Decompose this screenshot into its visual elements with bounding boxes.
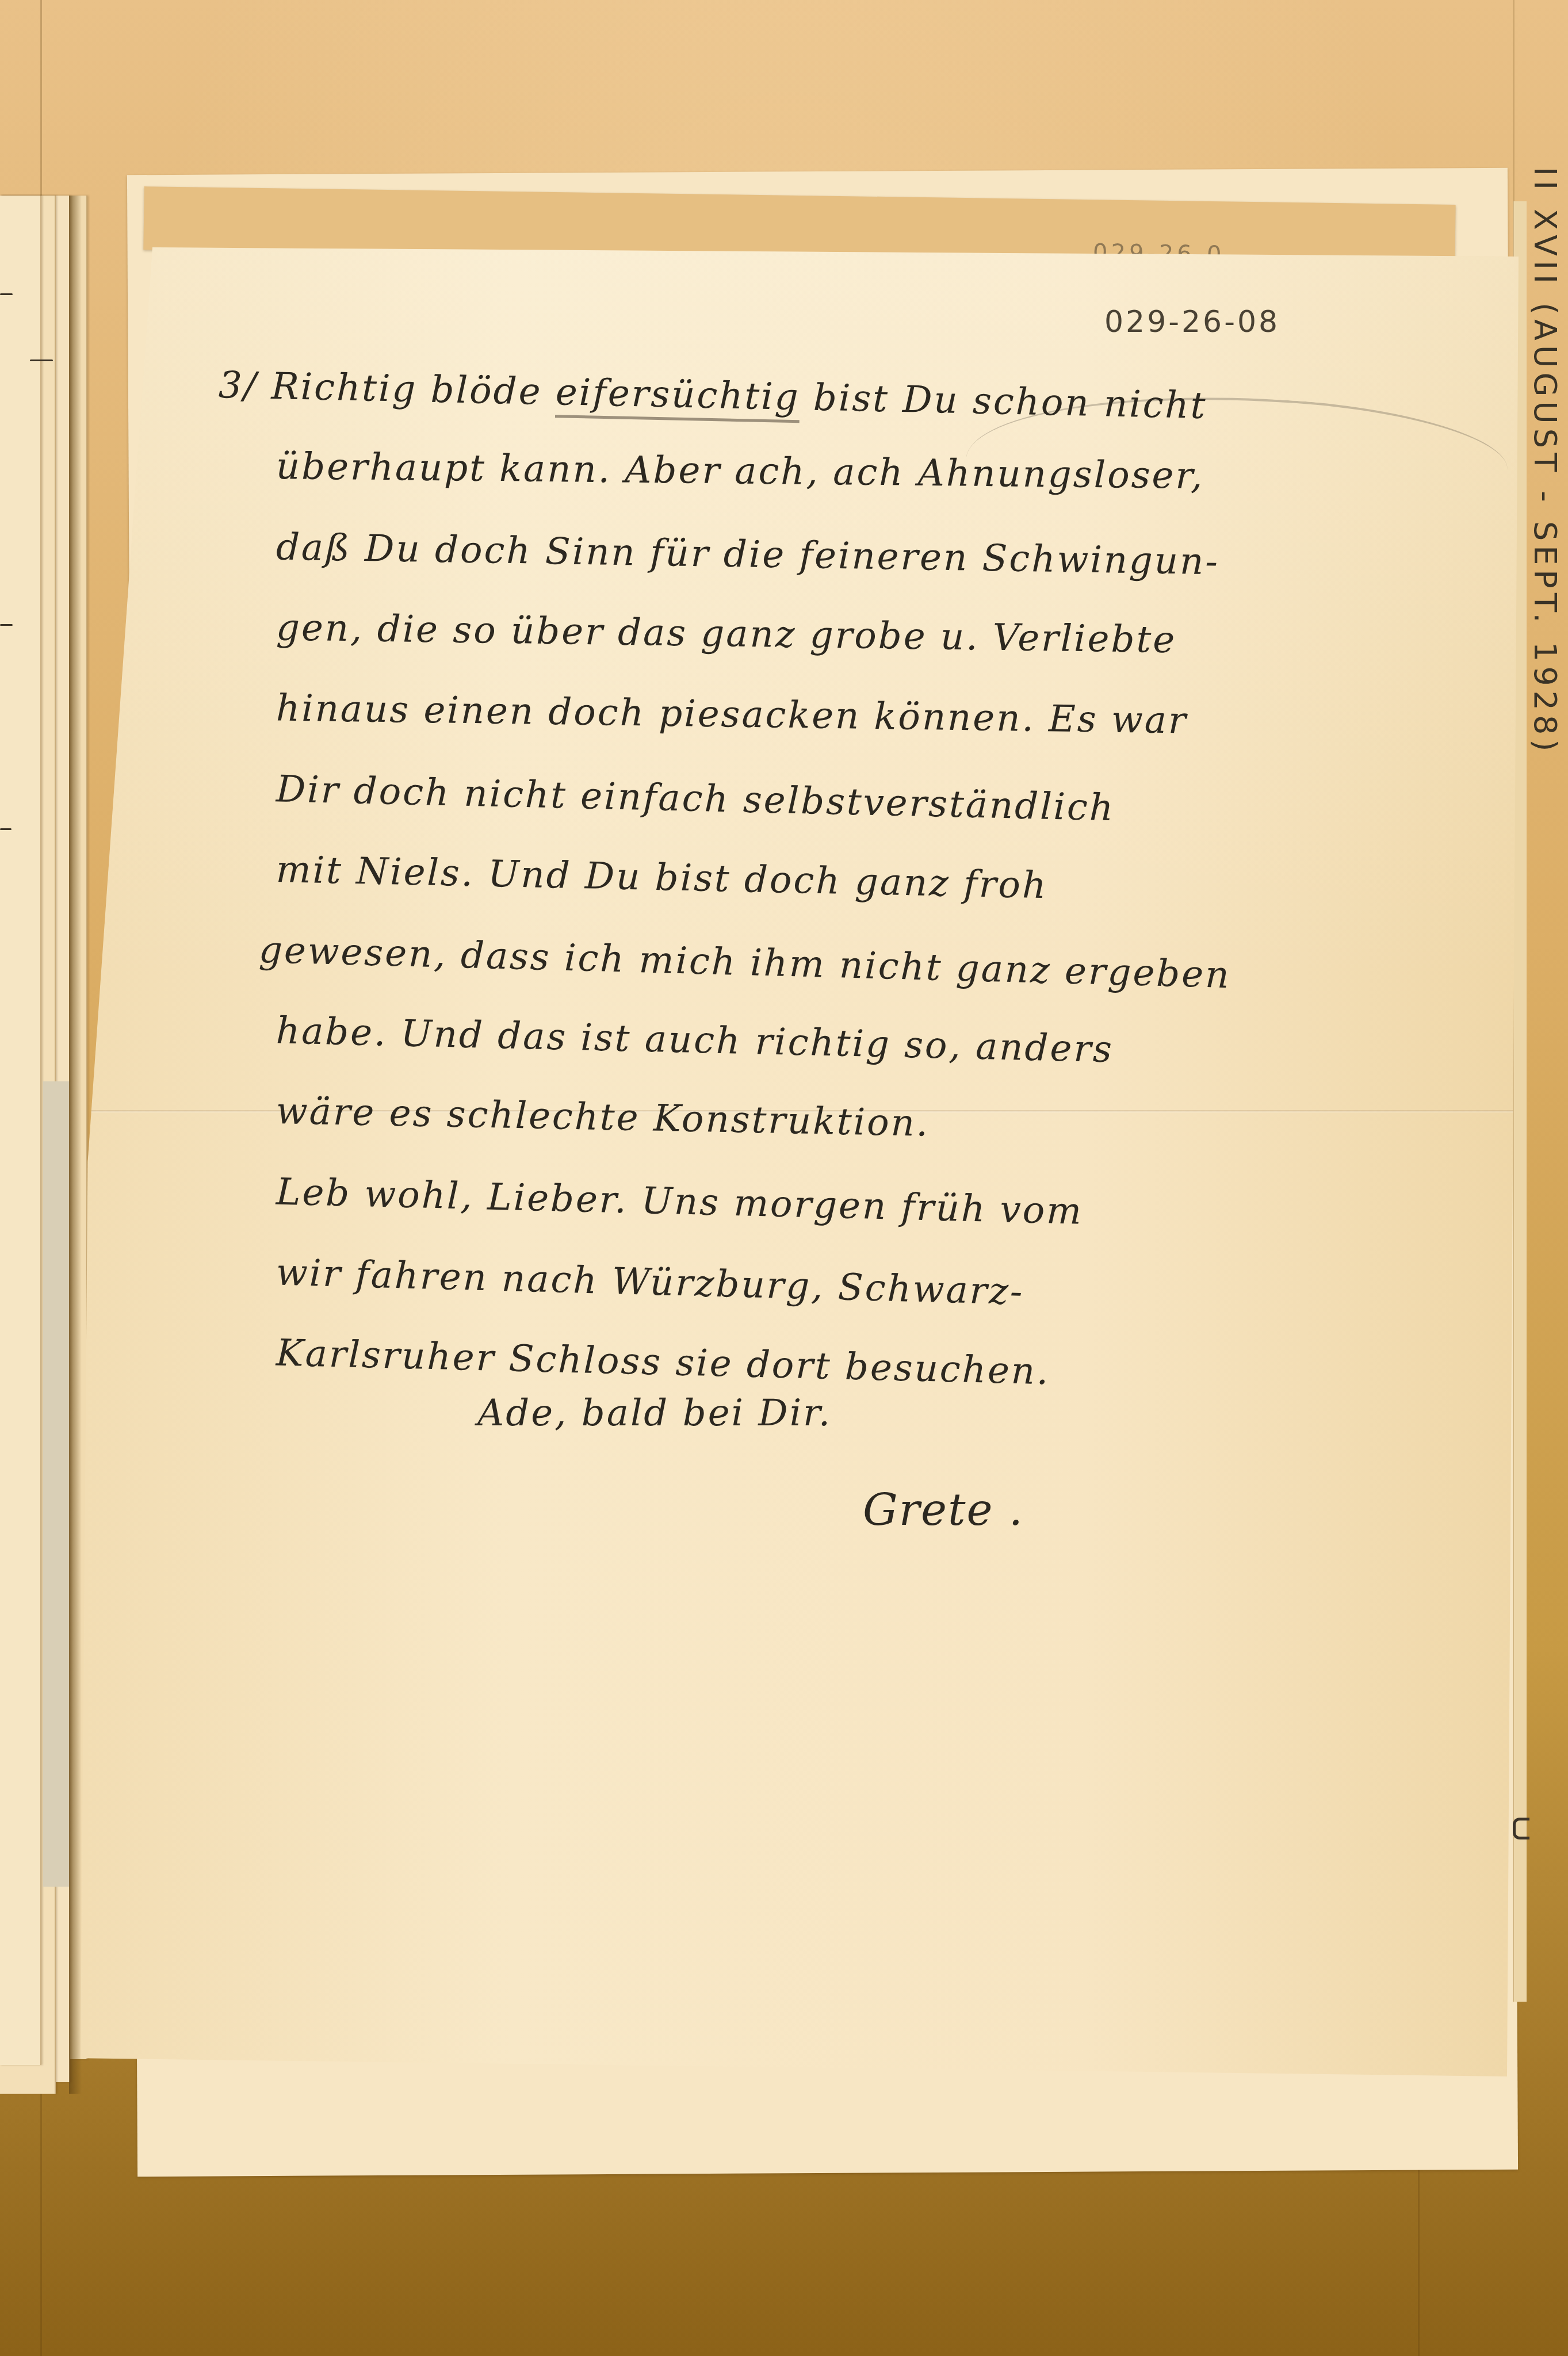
page-marker: 3/ [218,364,271,408]
grey-sheet-edge [43,1081,69,1887]
stack-shadow [69,196,82,2094]
signature: Grete . [863,1484,1024,1535]
ink-fragment [0,624,13,626]
letter-page: 029-26-08 3/ Richtig blöde eifersüchtig … [81,247,1519,2076]
letter-line: überhaupt kann. Aber ach, ach Ahnungslos… [218,426,1473,519]
closing-line: Ade, bald bei Dir. [477,1392,832,1435]
folder-label: II XVII (AUGUST - SEPT. 1928) [1527,167,1567,972]
archive-number: 029-26-08 [1104,305,1280,339]
underlined-word: eifersüchtig [555,371,800,419]
folder-label-text: II XVII (AUGUST - SEPT. 1928) [1527,167,1563,756]
letter-body: 3/ Richtig blöde eifersüchtig bist Du sc… [219,345,1473,1392]
letter-line: hinaus einen doch piesacken können. Es w… [218,667,1473,765]
paper-clip-icon [1513,1818,1529,1839]
ink-fragment [0,828,12,830]
ink-fragment [0,293,13,295]
stacked-sheet [0,196,41,2065]
ink-fragment [30,359,53,361]
